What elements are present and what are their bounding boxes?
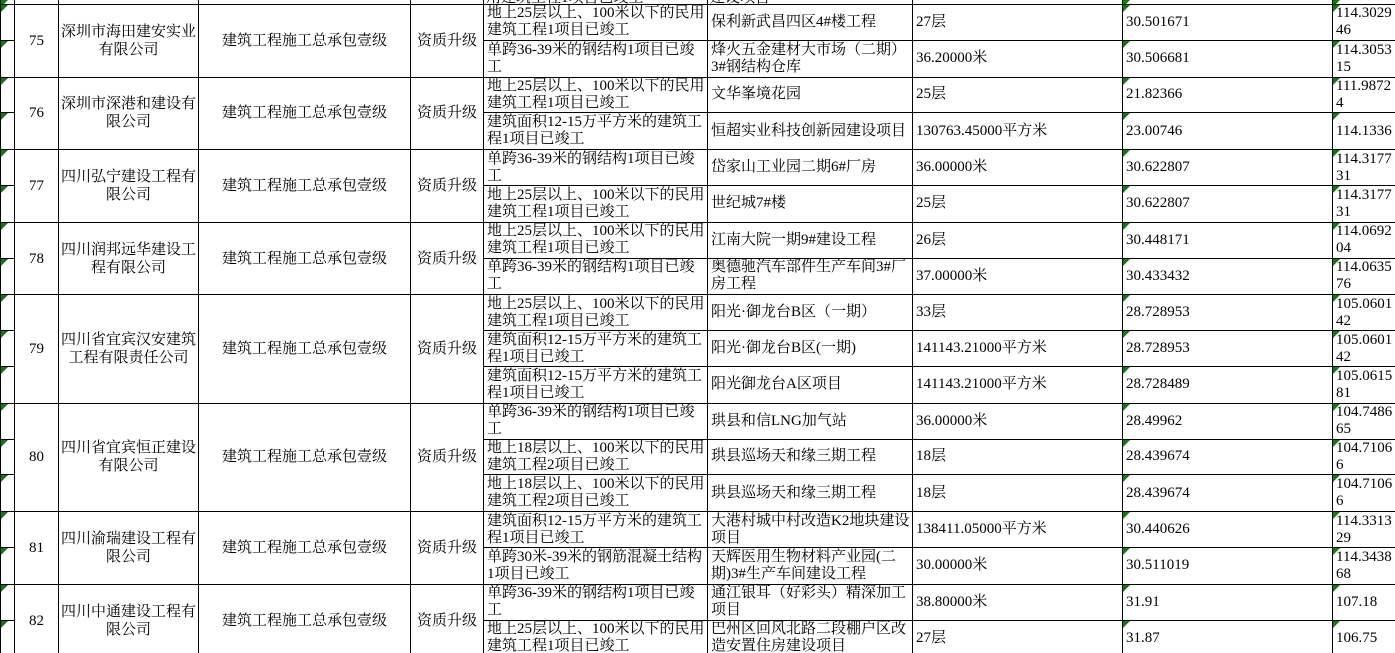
criteria-cell-text: 用建筑工程1项目已竣工 — [486, 0, 644, 4]
green-triangle-icon — [1333, 367, 1340, 374]
company-cell[interactable]: 四川省宜宾恒正建设有限公司 — [59, 404, 199, 511]
project-name-cell[interactable]: 珙县和信LNG加气站 — [708, 404, 913, 440]
latitude-cell-text: 30.448171 — [1126, 232, 1190, 249]
latitude-cell[interactable]: 28.439674 — [1123, 475, 1333, 511]
green-triangle-icon — [1, 621, 8, 628]
scale-cell[interactable]: 141143.21000平方米 — [913, 331, 1123, 367]
upgrade-type-cell-text: 资质升级 — [417, 104, 477, 122]
flag-cell[interactable] — [1, 5, 15, 41]
green-triangle-icon — [1, 367, 8, 374]
scale-cell[interactable]: 36.20000米 — [913, 41, 1123, 77]
qualification-cell[interactable]: 建筑工程施工总承包壹级 — [199, 295, 411, 402]
project-name-cell[interactable]: 烽火五金建材大市场（二期）3#钢结构仓库 — [708, 41, 913, 77]
company-cell-text: 深圳市深港和建设有限公司 — [59, 95, 198, 131]
flag-cell[interactable] — [1, 223, 15, 259]
row-number-cell-text: 77 — [29, 177, 44, 195]
criteria-cell-text: 建筑面积12-15万平方米的建筑工程1项目已竣工 — [487, 368, 705, 402]
criteria-cell[interactable]: 建筑面积12-15万平方米的建筑工程1项目已竣工 — [484, 113, 708, 149]
latitude-cell[interactable]: 28.728953 — [1123, 295, 1333, 331]
longitude-cell[interactable]: 114.317731 — [1333, 186, 1395, 222]
project-name-cell[interactable]: 恒超实业科技创新园建设项目 — [708, 113, 913, 149]
upgrade-type-cell[interactable]: 资质升级 — [411, 223, 484, 295]
longitude-cell[interactable]: 105.060142 — [1333, 331, 1395, 367]
scale-cell[interactable]: 38.80000米 — [913, 585, 1123, 621]
company-cell[interactable]: 四川中通建设工程有限公司 — [59, 585, 199, 653]
criteria-cell-text: 建筑面积12-15万平方米的建筑工程1项目已竣工 — [487, 332, 705, 366]
green-triangle-icon — [1, 331, 8, 338]
upgrade-type-cell[interactable]: 资质升级 — [411, 150, 484, 222]
company-cell-text: 四川省宜宾恒正建设有限公司 — [59, 439, 198, 475]
flag-cell[interactable] — [1, 475, 15, 511]
upgrade-type-cell-text: 资质升级 — [417, 340, 477, 358]
flag-cell[interactable] — [1, 404, 15, 440]
scale-cell-text: 141143.21000平方米 — [916, 376, 1047, 393]
scale-cell[interactable]: 27层 — [913, 5, 1123, 41]
longitude-cell[interactable]: 114.343868 — [1333, 548, 1395, 584]
latitude-cell[interactable]: 30.506681 — [1123, 41, 1333, 77]
scale-cell[interactable]: 18层 — [913, 440, 1123, 476]
company-cell[interactable]: 四川弘宁建设工程有限公司 — [59, 150, 199, 222]
latitude-cell[interactable]: 30.511019 — [1123, 548, 1333, 584]
upgrade-type-cell[interactable]: 资质升级 — [411, 295, 484, 402]
latitude-cell[interactable]: 21.82366 — [1123, 78, 1333, 114]
company-cell[interactable]: 四川渝瑞建设工程有限公司 — [59, 512, 199, 584]
project-name-cell-text: 大港村城中村改造K2地块建设项目 — [711, 513, 910, 547]
upgrade-type-cell[interactable]: 资质升级 — [411, 78, 484, 150]
qualification-cell[interactable]: 建筑工程施工总承包壹级 — [199, 78, 411, 150]
project-name-cell[interactable]: 巴州区回风北路二段棚户区改造安置住房建设项目 — [708, 621, 913, 653]
scale-cell[interactable]: 138411.05000平方米 — [913, 512, 1123, 548]
company-cell[interactable] — [59, 0, 199, 4]
green-triangle-icon — [1, 150, 8, 157]
green-triangle-icon — [1123, 113, 1130, 120]
row-number-cell[interactable]: 79 — [15, 295, 59, 402]
longitude-cell[interactable]: 111.98724 — [1333, 78, 1395, 114]
criteria-cell-text: 地上25层以上、100米以下的民用建筑工程1项目已竣工 — [487, 296, 705, 330]
qualification-cell[interactable]: 建筑工程施工总承包壹级 — [199, 5, 411, 77]
latitude-cell[interactable]: 30.501671 — [1123, 5, 1333, 41]
green-triangle-icon — [1333, 0, 1340, 4]
scale-cell[interactable]: 26层 — [913, 223, 1123, 259]
upgrade-type-cell[interactable]: 资质升级 — [411, 512, 484, 584]
criteria-cell[interactable]: 单跨36-39米的钢结构1项目已竣工 — [484, 150, 708, 186]
green-triangle-icon — [1123, 621, 1130, 628]
scale-cell-text: 33层 — [916, 304, 946, 321]
criteria-cell[interactable]: 建筑面积12-15万平方米的建筑工程1项目已竣工 — [484, 367, 708, 403]
longitude-cell-text: 106.75 — [1336, 630, 1377, 647]
company-cell-text: 深圳市海田建安实业有限公司 — [59, 23, 198, 59]
row-number-cell-text: 81 — [29, 539, 44, 557]
qualification-cell-text: 建筑工程施工总承包壹级 — [222, 539, 387, 557]
scale-cell[interactable] — [913, 0, 1123, 4]
latitude-cell[interactable]: 30.433432 — [1123, 259, 1333, 295]
green-triangle-icon — [1333, 512, 1340, 519]
upgrade-type-cell[interactable] — [411, 0, 484, 4]
green-triangle-icon — [1, 0, 8, 4]
project-name-cell-text: 岱家山工业园二期6#厂房 — [711, 159, 876, 176]
flag-cell[interactable] — [1, 78, 15, 114]
longitude-cell[interactable]: 114.331329 — [1333, 512, 1395, 548]
flag-cell[interactable] — [1, 331, 15, 367]
row-number-cell-text: 78 — [29, 250, 44, 268]
green-triangle-icon — [1333, 150, 1340, 157]
project-name-cell-text: 通江银耳（好彩头）精深加工项目 — [711, 585, 910, 619]
row-number-cell-text: 76 — [29, 104, 44, 122]
longitude-cell-text: 114.317731 — [1336, 187, 1394, 221]
scale-cell-text: 138411.05000平方米 — [916, 521, 1047, 538]
scale-cell-text: 25层 — [916, 195, 946, 212]
latitude-cell[interactable]: 31.91 — [1123, 585, 1333, 621]
green-triangle-icon — [1123, 41, 1130, 48]
flag-cell[interactable] — [1, 367, 15, 403]
criteria-cell-text: 单跨36-39米的钢结构1项目已竣工 — [487, 151, 705, 185]
criteria-cell-text: 建筑面积12-15万平方米的建筑工程1项目已竣工 — [487, 114, 705, 148]
green-triangle-icon — [1, 295, 8, 302]
qualification-cell[interactable]: 建筑工程施工总承包壹级 — [199, 150, 411, 222]
table-row: 75深圳市海田建安实业有限公司建筑工程施工总承包壹级资质升级地上25层以上、10… — [1, 5, 1395, 78]
company-cell[interactable]: 四川润邦远华建设工程有限公司 — [59, 223, 199, 295]
criteria-cell-text: 建筑面积12-15万平方米的建筑工程1项目已竣工 — [487, 513, 705, 547]
flag-cell[interactable] — [1, 150, 15, 186]
table-row: 78四川润邦远华建设工程有限公司建筑工程施工总承包壹级资质升级地上25层以上、1… — [1, 223, 1395, 296]
upgrade-type-cell[interactable]: 资质升级 — [411, 5, 484, 77]
latitude-cell-text: 31.91 — [1126, 594, 1160, 611]
longitude-cell[interactable]: 114.063576 — [1333, 259, 1395, 295]
project-name-cell-text: 珙县巡场天和缘三期工程 — [711, 485, 876, 502]
project-name-cell-text: 巴州区回风北路二段棚户区改造安置住房建设项目 — [711, 621, 910, 653]
project-name-cell[interactable]: 奥德驰汽车部件生产车间3#厂房工程 — [708, 259, 913, 295]
table-row: 77四川弘宁建设工程有限公司建筑工程施工总承包壹级资质升级单跨36-39米的钢结… — [1, 150, 1395, 223]
longitude-cell[interactable]: 105.060142 — [1333, 295, 1395, 331]
project-name-cell-text: 珙县和信LNG加气站 — [711, 413, 847, 430]
scale-cell-text: 141143.21000平方米 — [916, 340, 1047, 357]
flag-cell[interactable] — [1, 41, 15, 77]
project-name-cell-text: 保利新武昌四区4#楼工程 — [711, 14, 876, 31]
criteria-cell[interactable]: 用建筑工程1项目已竣工 — [484, 0, 708, 4]
row-number-cell[interactable]: 78 — [15, 223, 59, 295]
row-number-cell[interactable]: 82 — [15, 585, 59, 653]
latitude-cell[interactable]: 28.728489 — [1123, 367, 1333, 403]
latitude-cell-text: 30.433432 — [1126, 268, 1190, 285]
latitude-cell-text: 28.439674 — [1126, 485, 1190, 502]
project-name-cell[interactable]: 大港村城中村改造K2地块建设项目 — [708, 512, 913, 548]
project-name-cell[interactable]: 建设项目 — [708, 0, 913, 4]
criteria-cell[interactable]: 单跨36-39米的钢结构1项目已竣工 — [484, 585, 708, 621]
criteria-cell[interactable]: 地上25层以上、100米以下的民用建筑工程1项目已竣工 — [484, 295, 708, 331]
green-triangle-icon — [1333, 113, 1340, 120]
criteria-cell[interactable]: 地上25层以上、100米以下的民用建筑工程1项目已竣工 — [484, 223, 708, 259]
project-name-cell[interactable]: 珙县巡场天和缘三期工程 — [708, 440, 913, 476]
project-name-cell[interactable]: 世纪城7#楼 — [708, 186, 913, 222]
upgrade-type-cell-text: 资质升级 — [417, 612, 477, 630]
flag-cell[interactable] — [1, 512, 15, 548]
company-cell[interactable]: 四川省宜宾汉安建筑工程有限责任公司 — [59, 295, 199, 402]
row-number-cell[interactable]: 76 — [15, 78, 59, 150]
green-triangle-icon — [1, 440, 8, 447]
qualification-cell-text: 建筑工程施工总承包壹级 — [222, 250, 387, 268]
upgrade-type-cell[interactable]: 资质升级 — [411, 585, 484, 653]
longitude-cell[interactable]: 114.1336 — [1333, 113, 1395, 149]
longitude-cell[interactable]: 114.305315 — [1333, 41, 1395, 77]
green-triangle-icon — [1333, 621, 1340, 628]
latitude-cell[interactable]: 31.87 — [1123, 621, 1333, 653]
longitude-cell[interactable] — [1333, 0, 1395, 4]
latitude-cell-text: 30.622807 — [1126, 195, 1190, 212]
criteria-cell-text: 单跨36-39米的钢结构1项目已竣工 — [487, 259, 705, 293]
project-name-cell-text: 阳光·御龙台B区(一期) — [711, 340, 856, 357]
green-triangle-icon — [1333, 78, 1340, 85]
green-triangle-icon — [1, 404, 8, 411]
green-triangle-icon — [1333, 404, 1340, 411]
project-name-cell-text: 文华峯境花园 — [711, 86, 801, 103]
scale-cell[interactable]: 33层 — [913, 295, 1123, 331]
scale-cell-text: 18层 — [916, 485, 946, 502]
row-number-cell-text: 79 — [29, 340, 44, 358]
project-name-cell-text: 奥德驰汽车部件生产车间3#厂房工程 — [711, 259, 910, 293]
qualification-cell-text: 建筑工程施工总承包壹级 — [222, 340, 387, 358]
project-name-cell[interactable]: 江南大院一期9#建设工程 — [708, 223, 913, 259]
green-triangle-icon — [1, 475, 8, 482]
green-triangle-icon — [1, 548, 8, 555]
criteria-cell[interactable]: 单跨30米-39米的钢筋混凝土结构1项目已竣工 — [484, 548, 708, 584]
longitude-cell-text: 105.060142 — [1336, 332, 1394, 366]
project-name-cell[interactable]: 珙县巡场天和缘三期工程 — [708, 475, 913, 511]
scale-cell[interactable]: 25层 — [913, 78, 1123, 114]
project-name-cell-text: 世纪城7#楼 — [711, 195, 786, 212]
longitude-cell-text: 111.98724 — [1336, 78, 1394, 112]
scale-cell-text: 36.00000米 — [916, 413, 987, 430]
green-triangle-icon — [1, 113, 8, 120]
project-name-cell[interactable]: 阳光御龙台A区项目 — [708, 367, 913, 403]
table-row: 81四川渝瑞建设工程有限公司建筑工程施工总承包壹级资质升级建筑面积12-15万平… — [1, 512, 1395, 585]
latitude-cell-text: 23.00746 — [1126, 123, 1182, 140]
flag-cell[interactable] — [1, 440, 15, 476]
criteria-cell[interactable]: 地上25层以上、100米以下的民用建筑工程1项目已竣工 — [484, 186, 708, 222]
scale-cell-text: 27层 — [916, 630, 946, 647]
upgrade-type-cell-text: 资质升级 — [417, 32, 477, 50]
project-name-cell-text: 建设项目 — [710, 0, 770, 4]
latitude-cell-text: 28.49962 — [1126, 413, 1182, 430]
longitude-cell[interactable]: 114.069204 — [1333, 223, 1395, 259]
green-triangle-icon — [1123, 5, 1130, 12]
criteria-cell[interactable]: 单跨36-39米的钢结构1项目已竣工 — [484, 404, 708, 440]
qualification-cell-text: 建筑工程施工总承包壹级 — [222, 104, 387, 122]
qualification-cell[interactable]: 建筑工程施工总承包壹级 — [199, 404, 411, 511]
flag-cell[interactable] — [1, 186, 15, 222]
scale-cell[interactable]: 18层 — [913, 475, 1123, 511]
green-triangle-icon — [1123, 475, 1130, 482]
criteria-cell[interactable]: 地上25层以上、100米以下的民用建筑工程1项目已竣工 — [484, 78, 708, 114]
scale-cell-text: 36.20000米 — [916, 50, 987, 67]
scale-cell[interactable]: 141143.21000平方米 — [913, 367, 1123, 403]
longitude-cell-text: 114.069204 — [1336, 223, 1394, 257]
green-triangle-icon — [1333, 585, 1340, 592]
green-triangle-icon — [1333, 331, 1340, 338]
project-name-cell-text: 江南大院一期9#建设工程 — [711, 232, 876, 249]
longitude-cell-text: 104.71066 — [1336, 476, 1394, 510]
table-row: 79四川省宜宾汉安建筑工程有限责任公司建筑工程施工总承包壹级资质升级地上25层以… — [1, 295, 1395, 403]
criteria-cell[interactable]: 地上18层以上、100米以下的民用建筑工程2项目已竣工 — [484, 440, 708, 476]
qualification-cell[interactable]: 建筑工程施工总承包壹级 — [199, 223, 411, 295]
qualification-cell-text: 建筑工程施工总承包壹级 — [222, 448, 387, 466]
flag-cell[interactable] — [1, 548, 15, 584]
table-body: 75深圳市海田建安实业有限公司建筑工程施工总承包壹级资质升级地上25层以上、10… — [1, 5, 1395, 653]
scale-cell[interactable]: 27层 — [913, 621, 1123, 653]
criteria-cell[interactable]: 地上18层以上、100米以下的民用建筑工程2项目已竣工 — [484, 475, 708, 511]
green-triangle-icon — [1, 186, 8, 193]
green-triangle-icon — [1123, 367, 1130, 374]
longitude-cell[interactable]: 114.317731 — [1333, 150, 1395, 186]
scale-cell[interactable]: 25层 — [913, 186, 1123, 222]
row-number-cell[interactable] — [15, 0, 59, 4]
longitude-cell[interactable]: 114.302946 — [1333, 5, 1395, 41]
scale-cell[interactable]: 130763.45000平方米 — [913, 113, 1123, 149]
row-number-cell[interactable]: 80 — [15, 404, 59, 511]
company-cell-text: 四川省宜宾汉安建筑工程有限责任公司 — [59, 331, 198, 367]
company-cell-text: 四川渝瑞建设工程有限公司 — [59, 530, 198, 566]
green-triangle-icon — [1, 78, 8, 85]
criteria-cell[interactable]: 建筑面积12-15万平方米的建筑工程1项目已竣工 — [484, 512, 708, 548]
project-name-cell[interactable]: 岱家山工业园二期6#厂房 — [708, 150, 913, 186]
upgrade-type-cell-text: 资质升级 — [417, 177, 477, 195]
scale-cell-text: 36.00000米 — [916, 159, 987, 176]
company-cell[interactable]: 深圳市深港和建设有限公司 — [59, 78, 199, 150]
green-triangle-icon — [1123, 331, 1130, 338]
criteria-cell[interactable]: 单跨36-39米的钢结构1项目已竣工 — [484, 41, 708, 77]
row-number-cell[interactable]: 77 — [15, 150, 59, 222]
table-row: 82四川中通建设工程有限公司建筑工程施工总承包壹级资质升级单跨36-39米的钢结… — [1, 585, 1395, 653]
latitude-cell[interactable]: 28.49962 — [1123, 404, 1333, 440]
longitude-cell-text: 114.302946 — [1336, 5, 1394, 39]
qualification-cell[interactable]: 建筑工程施工总承包壹级 — [199, 585, 411, 653]
criteria-cell-text: 地上25层以上、100米以下的民用建筑工程1项目已竣工 — [487, 621, 705, 653]
criteria-cell[interactable]: 单跨36-39米的钢结构1项目已竣工 — [484, 259, 708, 295]
criteria-cell[interactable]: 地上25层以上、100米以下的民用建筑工程1项目已竣工 — [484, 5, 708, 41]
criteria-cell-text: 地上25层以上、100米以下的民用建筑工程1项目已竣工 — [487, 78, 705, 112]
row-number-cell-text: 80 — [29, 448, 44, 466]
project-name-cell[interactable]: 通江银耳（好彩头）精深加工项目 — [708, 585, 913, 621]
green-triangle-icon — [1123, 440, 1130, 447]
latitude-cell[interactable]: 28.439674 — [1123, 440, 1333, 476]
criteria-cell-text: 单跨36-39米的钢结构1项目已竣工 — [487, 585, 705, 619]
longitude-cell[interactable]: 104.71066 — [1333, 475, 1395, 511]
green-triangle-icon — [1123, 259, 1130, 266]
flag-cell[interactable] — [1, 259, 15, 295]
scale-cell[interactable]: 36.00000米 — [913, 150, 1123, 186]
green-triangle-icon — [1123, 295, 1130, 302]
upgrade-type-cell-text: 资质升级 — [417, 250, 477, 268]
project-name-cell[interactable]: 阳光·御龙台B区(一期) — [708, 331, 913, 367]
green-triangle-icon — [1333, 295, 1340, 302]
latitude-cell[interactable]: 30.440626 — [1123, 512, 1333, 548]
flag-cell[interactable] — [1, 585, 15, 621]
latitude-cell-text: 31.87 — [1126, 630, 1160, 647]
longitude-cell-text: 114.343868 — [1336, 549, 1394, 583]
green-triangle-icon — [1333, 41, 1340, 48]
longitude-cell[interactable]: 105.061581 — [1333, 367, 1395, 403]
longitude-cell[interactable]: 107.18 — [1333, 585, 1395, 621]
latitude-cell-text: 28.728489 — [1126, 376, 1190, 393]
green-triangle-icon — [1, 223, 8, 230]
upgrade-type-cell[interactable]: 资质升级 — [411, 404, 484, 511]
latitude-cell-text: 30.622807 — [1126, 159, 1190, 176]
longitude-cell-text: 104.71066 — [1336, 440, 1394, 474]
latitude-cell[interactable]: 28.728953 — [1123, 331, 1333, 367]
longitude-cell-text: 107.18 — [1336, 594, 1377, 611]
green-triangle-icon — [1123, 585, 1130, 592]
scale-cell-text: 30.00000米 — [916, 557, 987, 574]
scale-cell[interactable]: 37.00000米 — [913, 259, 1123, 295]
latitude-cell[interactable]: 30.448171 — [1123, 223, 1333, 259]
criteria-cell-text: 单跨36-39米的钢结构1项目已竣工 — [487, 42, 705, 76]
row-number-cell-text: 75 — [29, 32, 44, 50]
project-name-cell[interactable]: 文华峯境花园 — [708, 78, 913, 114]
longitude-cell[interactable]: 106.75 — [1333, 621, 1395, 653]
longitude-cell[interactable]: 104.71066 — [1333, 440, 1395, 476]
green-triangle-icon — [1123, 78, 1130, 85]
upgrade-type-cell-text: 资质升级 — [417, 448, 477, 466]
longitude-cell-text: 105.061581 — [1336, 368, 1394, 402]
project-name-cell[interactable]: 天辉医用生物材料产业园(二期)3#生产车间建设工程 — [708, 548, 913, 584]
longitude-cell[interactable]: 104.748665 — [1333, 404, 1395, 440]
project-name-cell-text: 珙县巡场天和缘三期工程 — [711, 448, 876, 465]
green-triangle-icon — [1, 259, 8, 266]
criteria-cell[interactable]: 地上25层以上、100米以下的民用建筑工程1项目已竣工 — [484, 621, 708, 653]
scale-cell[interactable]: 30.00000米 — [913, 548, 1123, 584]
latitude-cell[interactable]: 23.00746 — [1123, 113, 1333, 149]
row-number-cell[interactable]: 75 — [15, 5, 59, 77]
flag-cell[interactable] — [1, 621, 15, 653]
green-triangle-icon — [1333, 186, 1340, 193]
latitude-cell[interactable]: 30.622807 — [1123, 186, 1333, 222]
longitude-cell-text: 105.060142 — [1336, 296, 1394, 330]
scale-cell-text: 27层 — [916, 14, 946, 31]
project-name-cell[interactable]: 阳光·御龙台B区（一期） — [708, 295, 913, 331]
company-cell[interactable]: 深圳市海田建安实业有限公司 — [59, 5, 199, 77]
latitude-cell[interactable]: 30.622807 — [1123, 150, 1333, 186]
qualification-cell-text: 建筑工程施工总承包壹级 — [222, 612, 387, 630]
longitude-cell-text: 114.331329 — [1336, 513, 1394, 547]
green-triangle-icon — [1, 5, 8, 12]
green-triangle-icon — [1123, 223, 1130, 230]
green-triangle-icon — [1333, 259, 1340, 266]
scale-cell-text: 38.80000米 — [916, 594, 987, 611]
project-name-cell[interactable]: 保利新武昌四区4#楼工程 — [708, 5, 913, 41]
row-number-cell[interactable]: 81 — [15, 512, 59, 584]
flag-cell[interactable] — [1, 295, 15, 331]
project-name-cell-text: 阳光·御龙台B区（一期） — [711, 304, 876, 321]
upgrade-type-cell-text: 资质升级 — [417, 539, 477, 557]
longitude-cell-text: 114.063576 — [1336, 259, 1394, 293]
criteria-cell[interactable]: 建筑面积12-15万平方米的建筑工程1项目已竣工 — [484, 331, 708, 367]
qualification-cell[interactable] — [199, 0, 411, 4]
green-triangle-icon — [1123, 404, 1130, 411]
scale-cell-text: 25层 — [916, 86, 946, 103]
criteria-cell-text: 地上25层以上、100米以下的民用建筑工程1项目已竣工 — [487, 5, 705, 39]
scale-cell[interactable]: 36.00000米 — [913, 404, 1123, 440]
flag-cell[interactable] — [1, 0, 15, 4]
green-triangle-icon — [1123, 186, 1130, 193]
flag-cell[interactable] — [1, 113, 15, 149]
qualification-cell[interactable]: 建筑工程施工总承包壹级 — [199, 512, 411, 584]
latitude-cell-text: 30.440626 — [1126, 521, 1190, 538]
green-triangle-icon — [1123, 150, 1130, 157]
row-number-cell-text: 82 — [29, 612, 44, 630]
green-triangle-icon — [1333, 5, 1340, 12]
table-row: 80四川省宜宾恒正建设有限公司建筑工程施工总承包壹级资质升级单跨36-39米的钢… — [1, 404, 1395, 512]
latitude-cell[interactable] — [1123, 0, 1333, 4]
project-name-cell-text: 恒超实业科技创新园建设项目 — [711, 123, 906, 140]
